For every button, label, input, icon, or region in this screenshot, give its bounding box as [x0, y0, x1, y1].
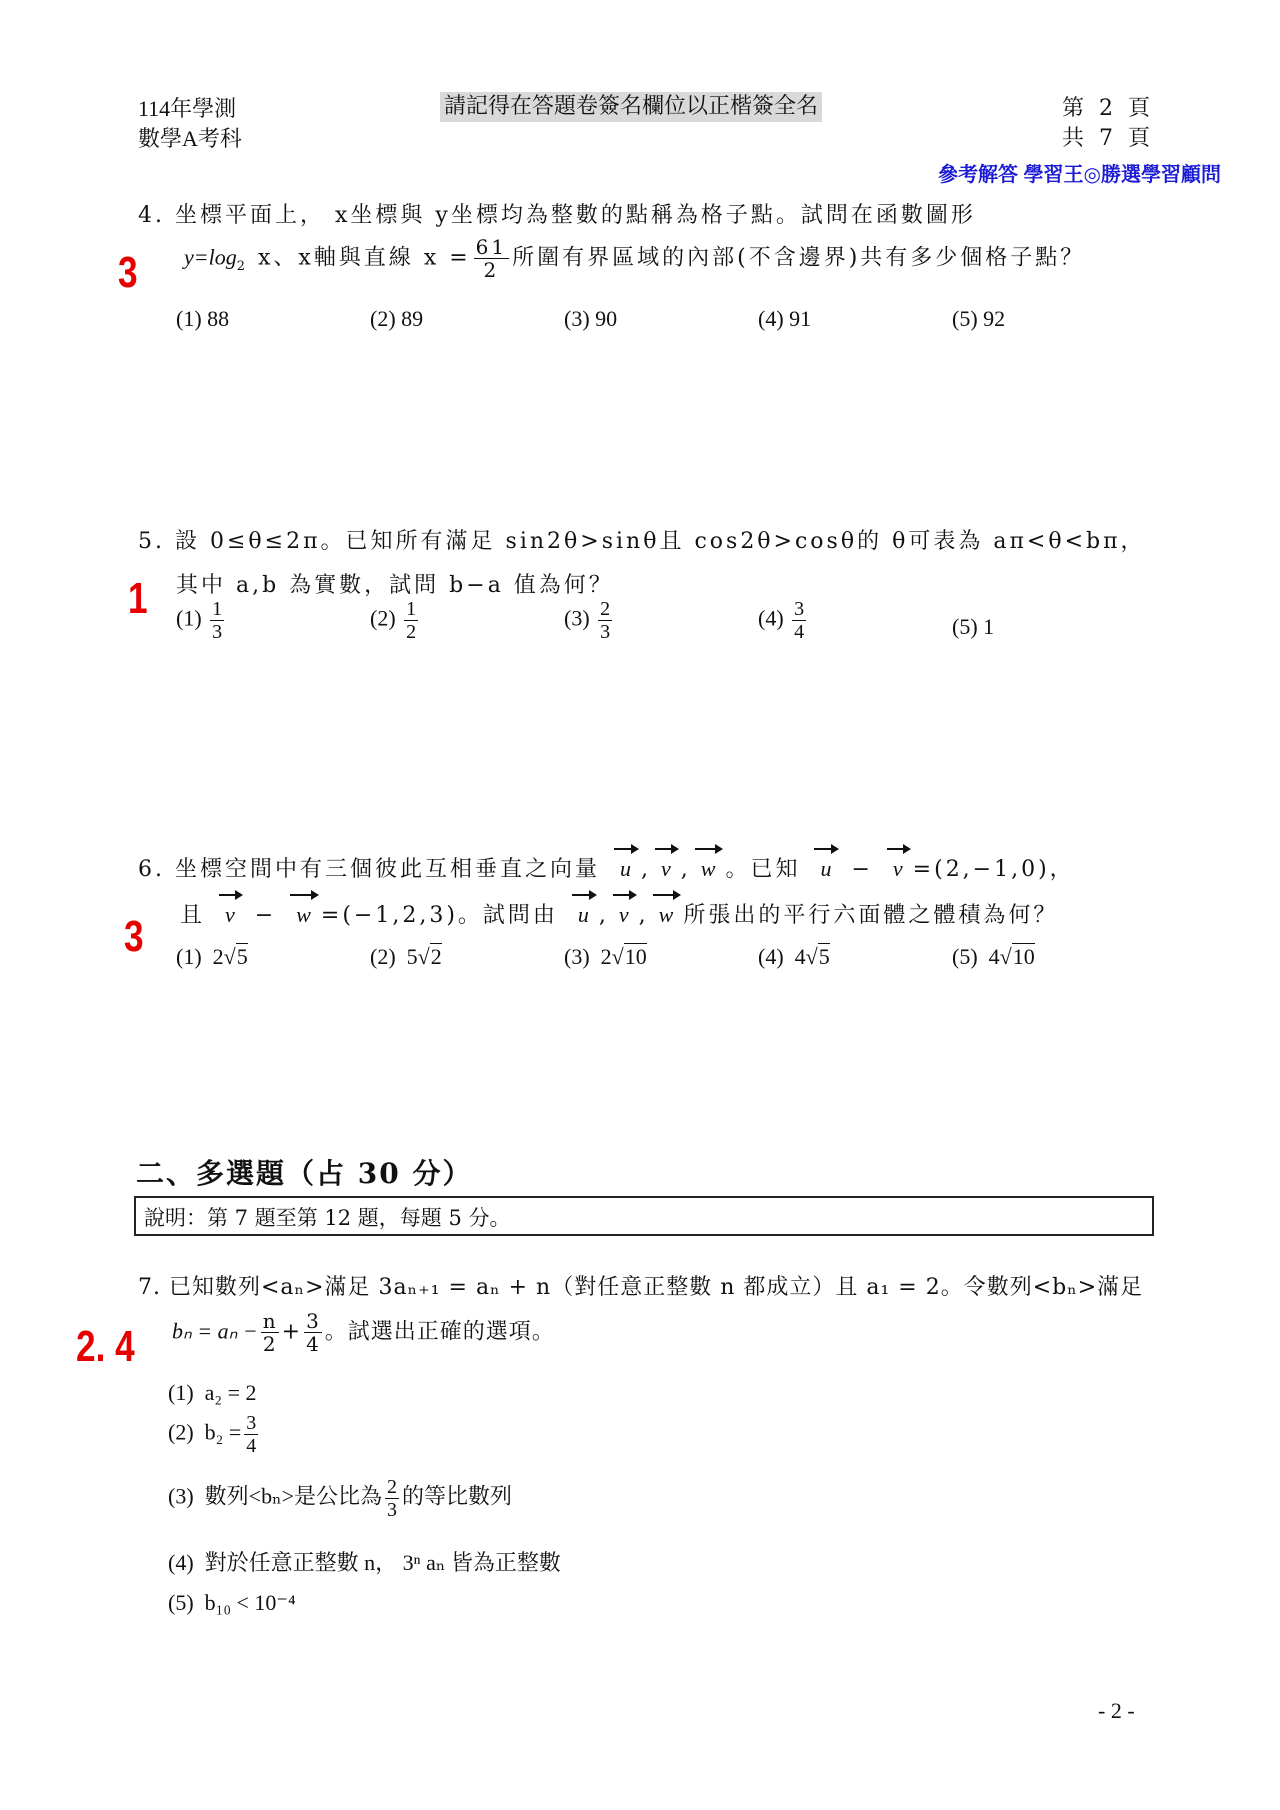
q4-number: 4. — [138, 203, 165, 228]
q6-line1: 6. 坐標空間中有三個彼此互相垂直之向量 u,v,w。已知 u − v=(2,−… — [138, 852, 1075, 883]
q5-option-4[interactable]: (4) 34 — [758, 598, 809, 643]
q6-option-4[interactable]: (4) 4√5 — [758, 944, 830, 970]
q5-option-3[interactable]: (3) 23 — [564, 598, 615, 643]
fraction: 612 — [474, 236, 509, 281]
q6-option-1[interactable]: (1) 2√5 — [176, 944, 248, 970]
q5-option-5[interactable]: (5) 1 — [952, 614, 994, 640]
q6-line2: 且 v − w=(−1,2,3)。試問由 u,v,w所張出的平行六面體之體積為何… — [180, 898, 1058, 929]
q5-number: 5. — [138, 529, 165, 554]
q7-option-1[interactable]: (1) a₂ = 2 — [168, 1380, 257, 1406]
q5-option-1[interactable]: (1) 13 — [176, 598, 227, 643]
q4-option-1[interactable]: (1) 88 — [176, 306, 229, 332]
q4-answer-mark: 3 — [118, 248, 138, 298]
q6-answer-mark: 3 — [124, 912, 144, 962]
q5-answer-mark: 1 — [128, 574, 148, 624]
q7-option-4[interactable]: (4) 對於任意正整數 n， 3ⁿ aₙ 皆為正整數 — [168, 1546, 561, 1577]
q5-line2: 其中 a,b 為實數，試問 b−a 值為何？ — [176, 568, 614, 599]
vector-u: u — [612, 856, 639, 882]
vector-v: v — [653, 856, 679, 882]
q4-option-4[interactable]: (4) 91 — [758, 306, 811, 332]
q7-option-5[interactable]: (5) b₁₀ < 10⁻⁴ — [168, 1590, 296, 1616]
q7-line2: bₙ = aₙ −n2+34。試選出正確的選項。 — [172, 1310, 555, 1355]
q7-option-3[interactable]: (3) 數列<bₙ>是公比為23的等比數列 — [168, 1476, 512, 1521]
q4-line2: y=log2 x、x軸與直線 x =612所圍有界區域的內部(不含邊界)共有多少… — [184, 236, 1085, 281]
exam-name: 114年學測 — [138, 94, 236, 124]
q6-option-3[interactable]: (3) 2√10 — [564, 944, 647, 970]
q4-option-3[interactable]: (3) 90 — [564, 306, 617, 332]
section-note: 說明：第 7 題至第 12 題，每題 5 分。 — [134, 1196, 1154, 1236]
q4-option-2[interactable]: (2) 89 — [370, 306, 423, 332]
q5-text1: 設 0≤θ≤2π。已知所有滿足 sin2θ>sinθ且 cos2θ>cosθ的 … — [175, 529, 1146, 554]
q6-option-2[interactable]: (2) 5√2 — [370, 944, 442, 970]
q4-line1: 4. 坐標平面上， x坐標與 y坐標均為整數的點稱為格子點。試問在函數圖形 — [138, 198, 976, 229]
total-pages: 共 7 頁 — [1062, 124, 1154, 154]
q6-option-5[interactable]: (5) 4√10 — [952, 944, 1035, 970]
subject-name: 數學A考科 — [138, 124, 242, 154]
vector-w: w — [693, 856, 724, 882]
q4-option-5[interactable]: (5) 92 — [952, 306, 1005, 332]
section-title: 二、多選題（占 30 分） — [136, 1152, 472, 1192]
signature-notice: 請記得在答題卷簽名欄位以正楷簽全名 — [440, 92, 822, 122]
q7-option-2[interactable]: (2) b₂ =34 — [168, 1412, 261, 1457]
q5-line1: 5. 設 0≤θ≤2π。已知所有滿足 sin2θ>sinθ且 cos2θ>cos… — [138, 524, 1146, 555]
q4-text1: 坐標平面上， x坐標與 y坐標均為整數的點稱為格子點。試問在函數圖形 — [175, 203, 976, 228]
answer-key-brand: 參考解答 學習王◎勝選學習顧問 — [938, 158, 1221, 187]
page-indicator: 第 2 頁 — [1062, 94, 1154, 124]
page-number: - 2 - — [1098, 1698, 1135, 1724]
q5-option-2[interactable]: (2) 12 — [370, 598, 421, 643]
q7-answer-mark: 2. 4 — [76, 1322, 135, 1372]
q7-line1: 7. 已知數列<aₙ>滿足 3aₙ₊₁ = aₙ + n（對任意正整數 n 都成… — [138, 1270, 1143, 1301]
